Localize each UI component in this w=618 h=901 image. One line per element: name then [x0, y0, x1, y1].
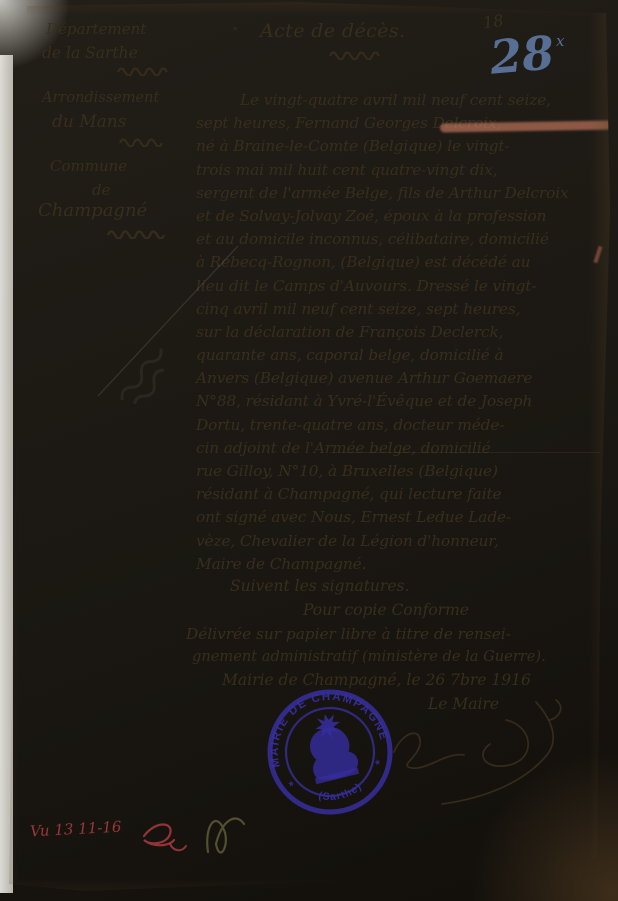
municipal-stamp: MAIRIE DE CHAMPAGNE (Sarthe) ★ ★	[250, 672, 410, 832]
body-line: trois mai mil huit cent quatre-vingt dix…	[196, 159, 610, 182]
body-line: N°88, résidant à Yvré-l'Évêque et de Jos…	[196, 390, 610, 413]
body-line: Maire de Champagné.	[196, 553, 610, 576]
body-line: lieu dit le Camps d'Auvours. Dressé le v…	[196, 275, 610, 298]
title-flourish-icon	[328, 50, 388, 60]
body-line: vèze, Chevalier de la Légion d'honneur,	[196, 530, 610, 553]
margin-arrondissement-line2: du Mans	[52, 112, 126, 132]
body-line: sur la déclaration de François Declerck,	[196, 321, 610, 344]
vu-paraphs-icon	[136, 806, 252, 862]
margin-department-line1: Département	[46, 20, 146, 38]
stamp-emblem-icon	[300, 709, 361, 784]
flourish-divider-icon	[116, 66, 174, 76]
body-line: cinq avril mil neuf cent seize, sept heu…	[196, 298, 610, 321]
body-line: né à Braine-le-Comte (Belgique) le vingt…	[196, 135, 610, 158]
vu-annotation: Vu 13 11-16	[30, 818, 122, 841]
folio-number-large: 28	[488, 25, 556, 84]
body-text: Le vingt-quatre avril mil neuf cent seiz…	[196, 89, 610, 576]
margin-commune-line1: Commune	[50, 157, 127, 175]
flourish-divider-icon	[118, 137, 172, 147]
body-line: résidant à Champagné, qui lecture faite	[196, 483, 610, 506]
delivree-line-2: gnement administratif (ministère de la G…	[192, 648, 546, 665]
document-paper: Département de la Sarthe Arrondissement …	[0, 0, 618, 901]
delivree-line-1: Délivrée sur papier libre à titre de ren…	[186, 625, 511, 643]
photograph-scene: Département de la Sarthe Arrondissement …	[0, 0, 618, 901]
body-line: cin adjoint de l'Armée belge, domicilié	[196, 437, 610, 460]
mayor-signature-icon	[388, 694, 576, 808]
stamp-star-right-icon: ★	[373, 757, 382, 767]
body-line: et de Solvay-Jolvay Zoé, époux à la prof…	[196, 205, 610, 228]
copie-conforme-line: Pour copie Conforme	[303, 601, 469, 619]
folio-cross-mark: x	[556, 32, 564, 50]
body-line: à Rebecq-Rognon, (Belgique) est décédé a…	[196, 251, 610, 274]
paper-crease	[330, 452, 600, 453]
body-line: quarante ans, caporal belge, domicilié à	[196, 344, 610, 367]
stamp-star-left-icon: ★	[287, 779, 296, 789]
margin-department-line2: de la Sarthe	[42, 44, 138, 62]
ink-speck	[233, 27, 237, 30]
margin-commune-line3: Champagné	[38, 200, 147, 221]
body-line: rue Gilloy, N°10, à Bruxelles (Belgique)	[196, 460, 610, 483]
body-line: Dortu, trente-quatre ans, docteur méde-	[196, 414, 610, 437]
page-title: Acte de décès.	[260, 20, 405, 42]
body-line: ont signé avec Nous, Ernest Ledue Lade-	[196, 506, 610, 529]
margin-commune-line2: de	[92, 181, 110, 199]
body-line: Anvers (Belgique) avenue Arthur Goemaere	[196, 367, 610, 390]
flourish-divider-icon	[106, 229, 170, 239]
body-line: et au domicile inconnus, célibataire, do…	[196, 228, 610, 251]
margin-arrondissement-line1: Arrondissement	[42, 90, 159, 106]
body-line: Le vingt-quatre avril mil neuf cent seiz…	[196, 89, 610, 112]
body-line: sergent de l'armée Belge, fils de Arthur…	[196, 182, 610, 205]
closing-signatures-line: Suivent les signatures.	[230, 577, 409, 595]
pencil-annotation	[52, 242, 252, 404]
